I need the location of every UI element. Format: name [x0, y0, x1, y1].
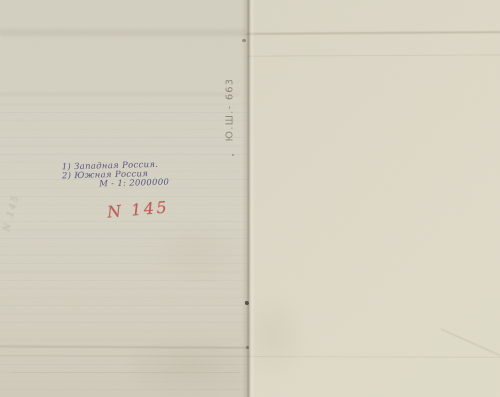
pencil-shelfmark-rotated: Ю.Ш.- 663: [225, 70, 236, 150]
scanned-folded-document: 1) Западная Россия. 2) Южная Россия М - …: [0, 0, 500, 397]
inscription-line-3-map-scale: М - 1: 2000000: [99, 179, 169, 190]
small-speck-on-fold: [246, 346, 249, 349]
paper-right-page: [248, 0, 500, 397]
handwritten-inscription: 1) Западная Россия. 2) Южная Россия М - …: [62, 161, 170, 191]
tiny-speck: [232, 154, 234, 156]
center-fold-crease: [242, 0, 255, 397]
ink-speck-on-fold: [245, 301, 249, 305]
fold-crease-speck: [242, 39, 246, 42]
faint-ruled-lines: [0, 96, 246, 397]
